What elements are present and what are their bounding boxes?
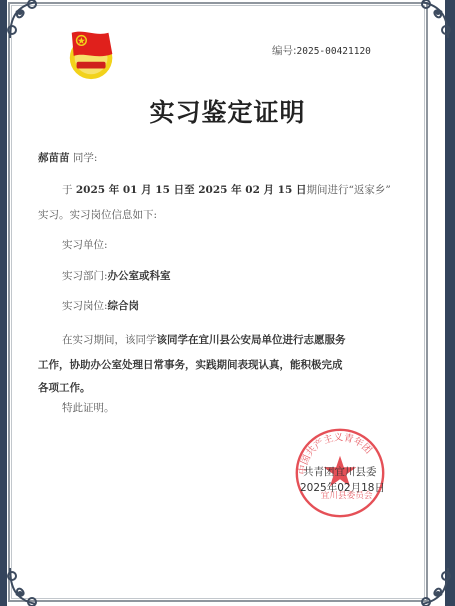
intro-date-range: 2025 年 01 月 15 日至 2025 年 02 月 15 日 [76,184,307,196]
closing-statement: 特此证明。 [62,400,115,415]
issuer: 共青团宜川县委 [303,464,377,479]
field-label: 实习部门: [62,270,108,282]
field-value: 办公室或科室 [108,270,171,282]
corner-ornament-icon [408,0,452,42]
corner-ornament-icon [6,0,50,42]
field-value: 综合岗 [108,300,140,312]
field-label: 实习单位: [62,239,108,251]
salutation: 郝苗苗 同学: [38,150,97,165]
intro-line-2: 实习。实习岗位信息如下: [38,207,157,222]
corner-ornament-icon [6,564,50,606]
recipient-suffix: 同学: [73,152,98,164]
corner-ornament-icon [408,564,452,606]
evaluation-body: 该同学在宜川县公安局单位进行志愿服务 [157,334,346,346]
serial-number: 编号:2025-00421120 [272,43,371,58]
intro-middle: 期间进行 [306,184,348,196]
field-internship-position: 实习岗位:综合岗 [62,298,139,313]
recipient-name: 郝苗苗 [38,152,70,164]
evaluation-line-1: 在实习期间，该同学该同学在宜川县公安局单位进行志愿服务 [62,332,346,347]
evaluation-line-2: 工作，协助办公室处理日常事务，实践期间表现认真，能积极完成 [38,357,343,372]
field-internship-department: 实习部门:办公室或科室 [62,268,171,283]
field-label: 实习岗位: [62,300,108,312]
evaluation-prefix: 在实习期间，该同学 [62,334,157,346]
program-name: “返家乡” [348,184,390,196]
youth-league-emblem-icon [64,25,122,83]
page-title: 实习鉴定证明 [0,93,455,129]
serial-label: 编号: [272,45,297,57]
issue-date: 2025年02月18日 [300,480,385,495]
intro-line-1: 于 2025 年 01 月 15 日至 2025 年 02 月 15 日期间进行… [62,182,391,197]
serial-value: 2025-00421120 [297,46,371,57]
field-internship-unit: 实习单位: [62,237,108,252]
intro-prefix: 于 [62,184,73,196]
evaluation-line-3: 各项工作。 [38,380,91,395]
